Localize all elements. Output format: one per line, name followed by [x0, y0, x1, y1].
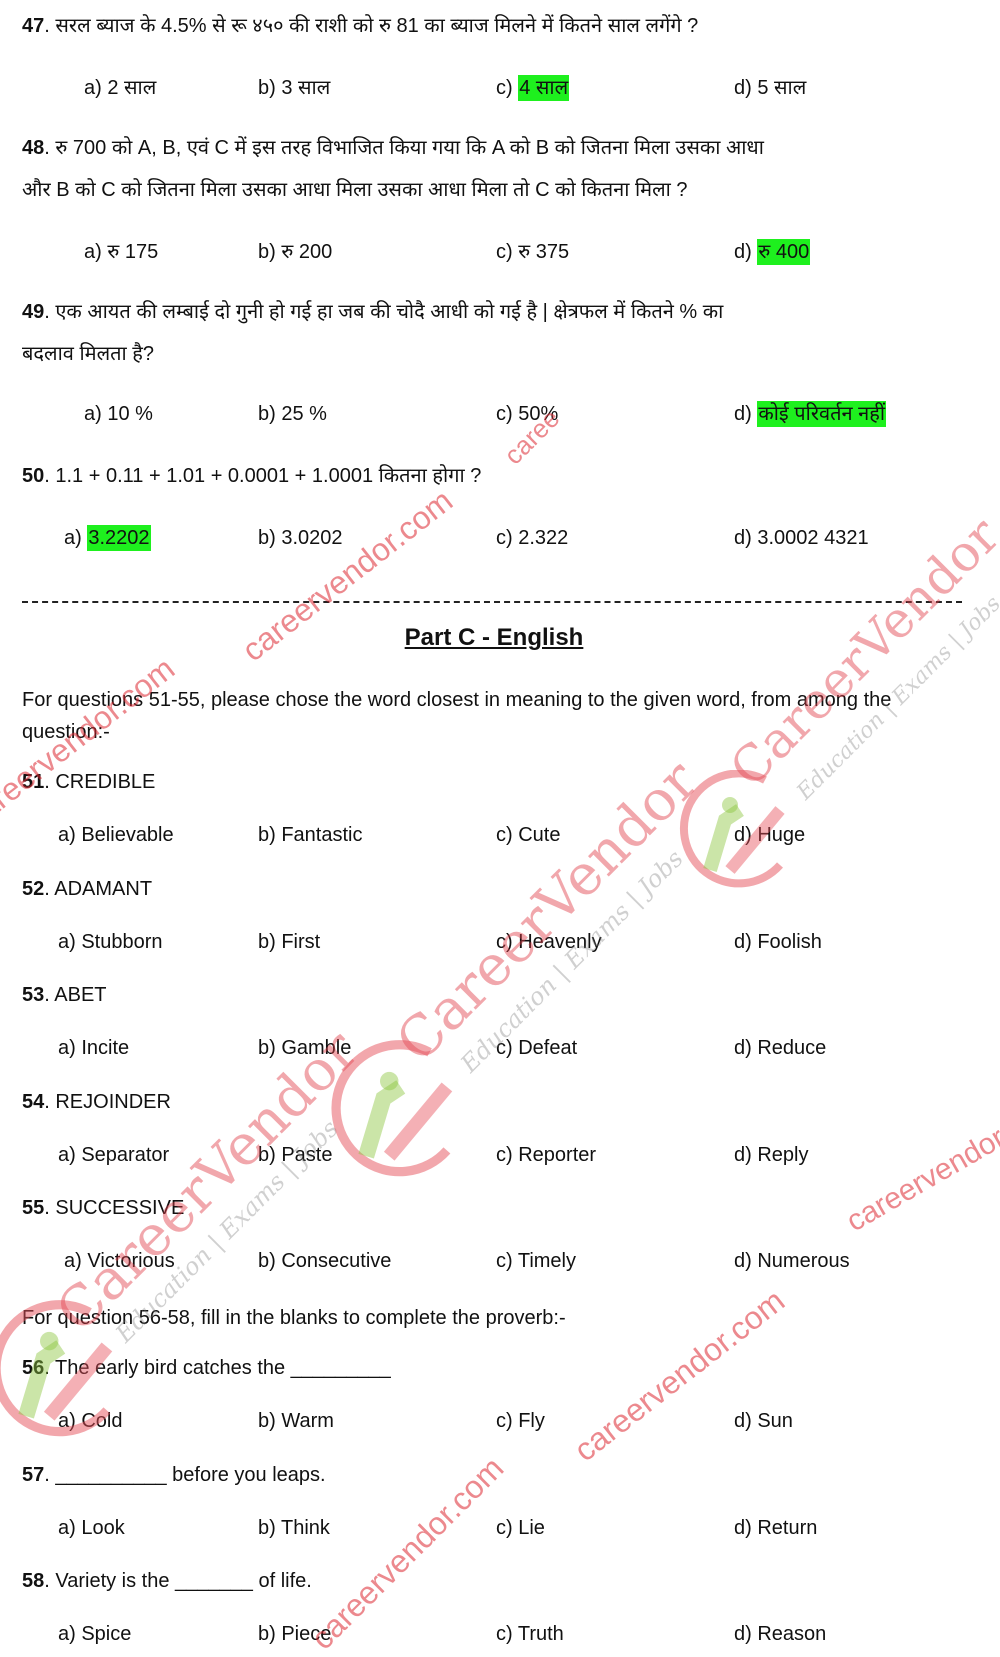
option-b: b) First	[258, 930, 320, 954]
question-text: 1.1 + 0.11 + 1.01 + 0.0001 + 1.0001 कितन…	[55, 465, 481, 487]
option-d: d) रु 400	[734, 240, 810, 264]
question-49: 49. एक आयत की लम्बाई दो गुनी हो गई हा जब…	[22, 300, 723, 324]
question-number: 52	[22, 878, 44, 900]
question-number: 51	[22, 771, 44, 793]
option-b: b) 25 %	[258, 402, 327, 426]
option-c: c) 4 साल	[496, 76, 569, 100]
question-text: . REJOINDER	[44, 1091, 171, 1113]
question-text: . ADAMANT	[44, 878, 152, 900]
option-b: b) 3.0202	[258, 526, 343, 550]
question-58: 58. Variety is the _______ of life.	[22, 1569, 312, 1593]
question-number: 56	[22, 1357, 44, 1379]
watermark-brand-3: CareerVendor	[44, 1018, 371, 1345]
option-a: a) 3.2202	[64, 526, 151, 550]
option-b: b) Consecutive	[258, 1249, 391, 1273]
question-48: 48. रु 700 को A, B, एवं C में इस तरह विभ…	[22, 136, 764, 160]
option-d: d) Reduce	[734, 1036, 826, 1060]
option-d: d) Return	[734, 1516, 817, 1540]
option-d: d) Reply	[734, 1143, 808, 1167]
question-51: 51. CREDIBLE	[22, 770, 155, 794]
option-b: b) Fantastic	[258, 823, 362, 847]
instruction-proverbs: For question 56-58, fill in the blanks t…	[22, 1302, 952, 1334]
option-b: b) Warm	[258, 1409, 334, 1433]
option-a: a) Spice	[58, 1622, 131, 1646]
question-number: 48	[22, 137, 44, 159]
question-text: रु 700 को A, B, एवं C में इस तरह विभाजित…	[55, 137, 764, 159]
answer-highlight: रु 400	[757, 239, 810, 265]
question-text: . The early bird catches the _________	[44, 1357, 391, 1379]
option-d: d) Foolish	[734, 930, 822, 954]
question-52: 52. ADAMANT	[22, 877, 152, 901]
watermark-url-3: careervendor.com	[841, 1089, 1000, 1239]
option-d: d) Sun	[734, 1409, 793, 1433]
question-text: . SUCCESSIVE	[44, 1197, 184, 1219]
option-c: c) Defeat	[496, 1036, 577, 1060]
question-55: 55. SUCCESSIVE	[22, 1196, 184, 1220]
question-text: . Variety is the _______ of life.	[44, 1570, 312, 1592]
option-c: c) 2.322	[496, 526, 568, 550]
question-47: 47. सरल ब्याज के 4.5% से रू ४५० की राशी …	[22, 14, 698, 38]
option-a: a) Victorious	[64, 1249, 175, 1273]
question-56: 56. The early bird catches the _________	[22, 1356, 391, 1380]
question-text: सरल ब्याज के 4.5% से रू ४५० की राशी को र…	[55, 15, 698, 37]
option-c: c) Timely	[496, 1249, 576, 1273]
option-a: a) Look	[58, 1516, 125, 1540]
question-57: 57. __________ before you leaps.	[22, 1463, 326, 1487]
watermark-brand-1: CareerVendor	[719, 506, 1000, 798]
option-b: b) Gamble	[258, 1036, 351, 1060]
option-a: a) Separator	[58, 1143, 169, 1167]
section-title: Part C - English	[0, 624, 988, 652]
option-a: a) 2 साल	[84, 76, 156, 100]
option-b: b) रु 200	[258, 240, 332, 264]
answer-highlight: 4 साल	[518, 75, 569, 101]
question-54: 54. REJOINDER	[22, 1090, 171, 1114]
careervendor-logo-icon	[320, 1040, 470, 1180]
question-number: 53	[22, 984, 44, 1006]
option-a: a) Believable	[58, 823, 174, 847]
question-number: 54	[22, 1091, 44, 1113]
question-50: 50. 1.1 + 0.11 + 1.01 + 0.0001 + 1.0001 …	[22, 464, 481, 488]
option-b: b) 3 साल	[258, 76, 330, 100]
option-c: c) Lie	[496, 1516, 545, 1540]
option-b: b) Piece	[258, 1622, 331, 1646]
option-c: c) Cute	[496, 823, 560, 847]
question-53: 53. ABET	[22, 983, 107, 1007]
instruction-synonyms: For questions 51-55, please chose the wo…	[22, 684, 952, 748]
question-number: 55	[22, 1197, 44, 1219]
section-divider	[22, 601, 962, 603]
answer-highlight: कोई परिवर्तन नहीं	[757, 401, 886, 427]
question-number: 47	[22, 15, 44, 37]
option-c: c) Heavenly	[496, 930, 602, 954]
question-number: 50	[22, 465, 44, 487]
question-number: 49	[22, 301, 44, 323]
option-d: d) Huge	[734, 823, 805, 847]
answer-highlight: 3.2202	[87, 525, 150, 551]
option-b: b) Paste	[258, 1143, 332, 1167]
option-c: c) Reporter	[496, 1143, 596, 1167]
watermark-url-5: careervendor.com	[304, 1450, 511, 1657]
option-c: c) रु 375	[496, 240, 569, 264]
option-c: c) Truth	[496, 1622, 564, 1646]
option-a: a) 10 %	[84, 402, 153, 426]
question-number: 58	[22, 1570, 44, 1592]
option-d: d) Reason	[734, 1622, 826, 1646]
question-number: 57	[22, 1464, 44, 1486]
question-text: . CREDIBLE	[44, 771, 155, 793]
option-d: d) 3.0002 4321	[734, 526, 869, 550]
option-a: a) रु 175	[84, 240, 158, 264]
question-text: . __________ before you leaps.	[44, 1464, 325, 1486]
option-c: c) 50%	[496, 402, 558, 426]
exam-page: 47. सरल ब्याज के 4.5% से रू ४५० की राशी …	[0, 0, 1000, 1657]
question-49-line-2: बदलाव मिलता है?	[22, 342, 154, 366]
option-d: d) कोई परिवर्तन नहीं	[734, 402, 886, 426]
option-a: a) Stubborn	[58, 930, 163, 954]
option-c: c) Fly	[496, 1409, 545, 1433]
watermark-brand-2: CareerVendor	[384, 748, 711, 1075]
option-b: b) Think	[258, 1516, 330, 1540]
option-a: a) Incite	[58, 1036, 129, 1060]
option-a: a) Cold	[58, 1409, 122, 1433]
option-d: d) 5 साल	[734, 76, 806, 100]
question-text: . ABET	[44, 984, 106, 1006]
question-48-line-2: और B को C को जितना मिला उसका आधा मिला उस…	[22, 178, 688, 202]
question-text: एक आयत की लम्बाई दो गुनी हो गई हा जब की …	[55, 301, 723, 323]
option-d: d) Numerous	[734, 1249, 850, 1273]
